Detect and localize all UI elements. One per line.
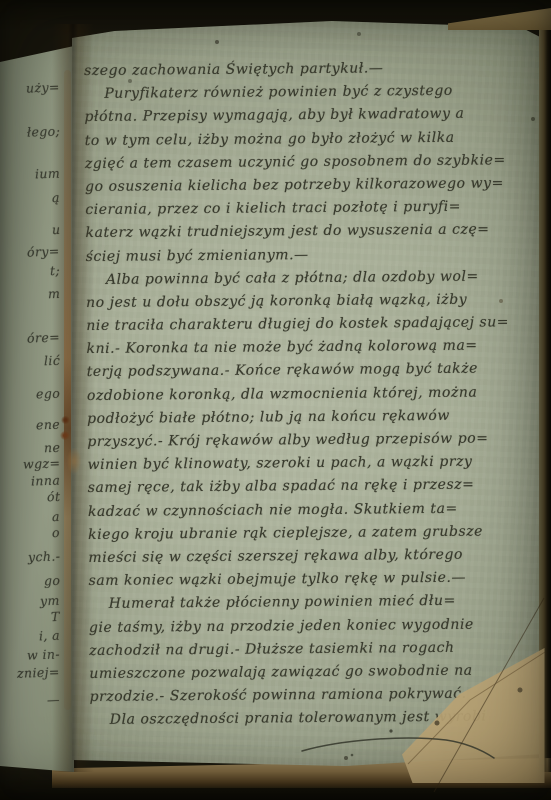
facing-page-fragment: m (47, 286, 60, 301)
manuscript-text: szego zachowania Świętych partykuł.—Pury… (84, 56, 542, 732)
facing-page-fragment: ą (52, 190, 60, 205)
facing-page-fragment: a (52, 509, 60, 524)
facing-page-fragment: go (43, 573, 60, 589)
manuscript-line: ozdobione koronką, dla wzmocnienia które… (87, 381, 539, 408)
facing-page-fragment: łego; (27, 123, 61, 139)
ink-stain (61, 416, 70, 424)
facing-page-fragment: inna (31, 472, 61, 488)
manuscript-line: terją podszywana.- Końce rękawów mogą by… (87, 357, 539, 384)
manuscript-line: gie taśmy, iżby na przodzie jeden koniec… (89, 613, 541, 640)
facing-page-fragment: u (51, 222, 60, 237)
dust-specks (0, 0, 2, 2)
paper-stain (67, 448, 81, 474)
manuscript-line: Alba powinna być cała z płótna; dla ozdo… (86, 265, 538, 292)
facing-page-fragment: ót (46, 489, 60, 504)
facing-page-fragment: o (52, 525, 60, 540)
facing-page-fragment: lić (44, 353, 61, 369)
facing-page-fragment: ne (43, 440, 60, 456)
facing-page-fragment: T (51, 609, 60, 624)
facing-page-fragment: wgz= (22, 455, 60, 471)
manuscript-page: szego zachowania Świętych partykuł.—Pury… (72, 12, 544, 772)
binding-crease (64, 70, 71, 710)
facing-page-fragment: zniej= (17, 664, 60, 680)
facing-page-fragment: ego (36, 386, 61, 402)
facing-page-fragment: uży= (26, 79, 60, 95)
facing-page: uży=łego;iumąuóry=t;móre=lićegoenenewgz=… (0, 46, 74, 772)
facing-page-fragment: ene (36, 417, 61, 433)
facing-page-fragment: ym (40, 593, 60, 609)
manuscript-line: kiego kroju ubranie rąk cieplejsze, a za… (88, 520, 540, 547)
manuscript-line: katerz wązki trudniejszym jest do wysusz… (85, 218, 537, 245)
facing-page-fragment: óre= (27, 329, 60, 345)
manuscript-line: samej ręce, tak iżby alba spadać na rękę… (88, 473, 540, 500)
top-page-edge (448, 8, 551, 30)
facing-page-fragment: i, a (39, 628, 61, 644)
facing-page-fragment: óry= (27, 243, 60, 259)
facing-page-fragment: ium (35, 166, 61, 182)
book-photograph: uży=łego;iumąuóry=t;móre=lićegoenenewgz=… (0, 0, 551, 800)
facing-page-fragment: t; (50, 263, 61, 278)
facing-page-fragment: w in- (27, 646, 60, 662)
facing-page-fragment: — (47, 692, 60, 707)
ink-stain (60, 431, 70, 440)
manuscript-line: go osuszenia kielicha bez potrzeby kilko… (85, 172, 537, 199)
facing-page-fragment: ych.- (27, 548, 60, 564)
